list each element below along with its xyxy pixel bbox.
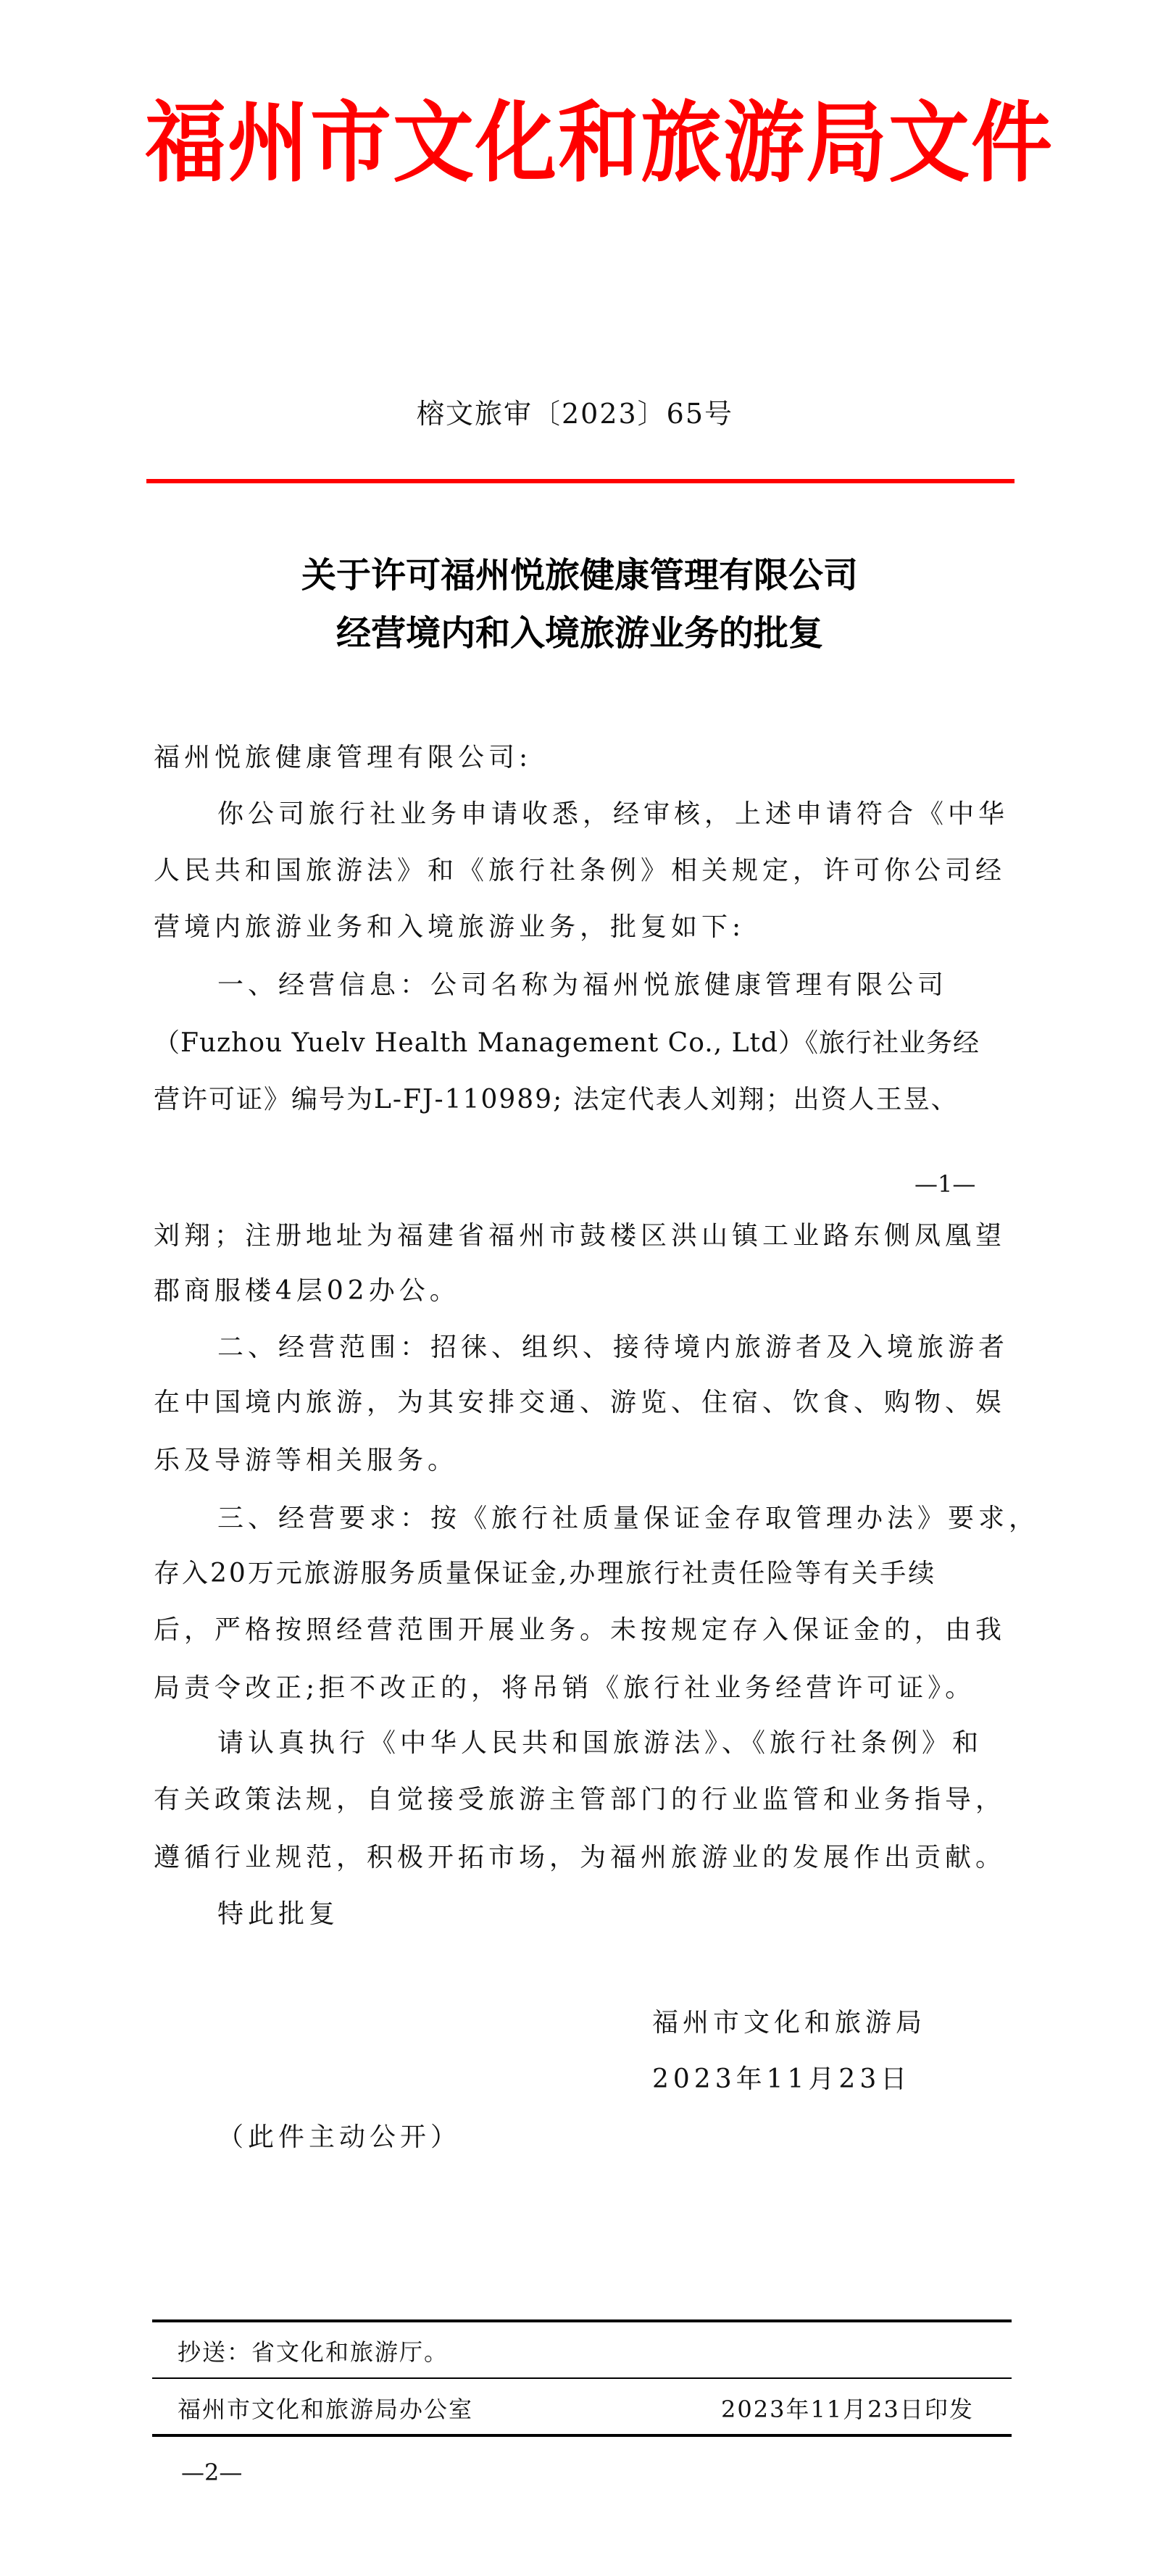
body-line: 乐及导游等相关服务。 <box>154 1445 458 1477</box>
body-line: （Fuzhou Yuelv Health Management Co., Ltd… <box>154 1028 980 1059</box>
body-line: 营境内旅游业务和入境旅游业务，批复如下: <box>154 912 745 943</box>
body-line: 局责令改正;拒不改正的，将吊销《旅行社业务经营许可证》。 <box>154 1672 975 1704</box>
body-line: 在中国境内旅游，为其安排交通、游览、住宿、饮食、购物、娱 <box>154 1387 1006 1419</box>
document-heading-line-2: 经营境内和入境旅游业务的批复 <box>145 612 1014 655</box>
footer-middle-rule <box>152 2377 1012 2379</box>
signature-date: 2023年11月23日 <box>652 2064 911 2096</box>
issuer-masthead: 福州市文化和旅游局文件 <box>145 88 1009 198</box>
page-number-1: —1— <box>914 1170 975 1199</box>
body-line: 刘翔；注册地址为福建省福州市鼓楼区洪山镇工业路东侧凤凰望 <box>154 1220 1006 1252</box>
body-line: 二、经营范围：招徕、组织、接待境内旅游者及入境旅游者 <box>217 1332 1009 1364</box>
footer-top-rule <box>152 2319 1012 2322</box>
body-line: 三、经营要求：按《旅行社质量保证金存取管理办法》要求， <box>217 1503 1039 1535</box>
cc-line: 抄送：省文化和旅游厅。 <box>178 2338 449 2367</box>
disclosure-note: （此件主动公开） <box>217 2122 461 2154</box>
body-line: 郡商服楼4层02办公。 <box>154 1275 460 1307</box>
document-heading-line-1: 关于许可福州悦旅健康管理有限公司 <box>145 554 1014 597</box>
body-line: 遵循行业规范，积极开拓市场，为福州旅游业的发展作出贡献。 <box>154 1842 1006 1874</box>
body-line: 一、经营信息：公司名称为福州悦旅健康管理有限公司 <box>217 970 948 1001</box>
print-date: 2023年11月23日印发 <box>721 2395 974 2424</box>
red-divider <box>146 479 1014 483</box>
document-number: 榕文旅审〔2023〕65号 <box>0 397 1150 430</box>
closing-phrase: 特此批复 <box>217 1898 339 1930</box>
body-line: 请认真执行《中华人民共和国旅游法》、《旅行社条例》和 <box>217 1727 983 1759</box>
body-line: 存入20万元旅游服务质量保证金,办理旅行社责任险等有关手续 <box>154 1558 936 1590</box>
footer-bottom-rule <box>152 2434 1012 2437</box>
body-line: 人民共和国旅游法》和《旅行社条例》相关规定，许可你公司经 <box>154 855 1006 887</box>
signature-organization: 福州市文化和旅游局 <box>652 2007 926 2039</box>
body-line: 有关政策法规，自觉接受旅游主管部门的行业监管和业务指导， <box>154 1784 1006 1816</box>
addressee: 福州悦旅健康管理有限公司: <box>154 742 532 774</box>
body-line: 你公司旅行社业务申请收悉，经审核，上述申请符合《中华 <box>217 799 1009 830</box>
body-line: 营许可证》编号为L-FJ-110989; 法定代表人刘翔；出资人王昱、 <box>154 1084 959 1116</box>
issuing-office: 福州市文化和旅游局办公室 <box>178 2395 473 2424</box>
body-line: 后，严格按照经营范围开展业务。未按规定存入保证金的，由我 <box>154 1614 1006 1646</box>
page-number-2: —2— <box>181 2458 242 2487</box>
